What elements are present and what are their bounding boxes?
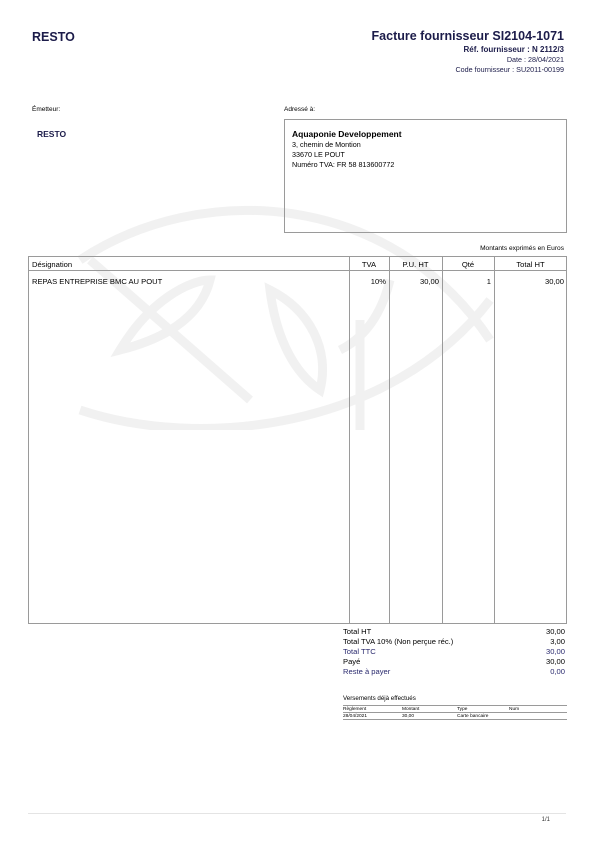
total-ttc-row: Total TTC 30,00 — [343, 647, 565, 657]
sender-label: Émetteur: — [32, 106, 60, 113]
supplier-reference: Réf. fournisseur : N 2112/3 — [372, 44, 564, 55]
line-quantity: 1 — [442, 277, 494, 286]
payments-col-amount: Montant — [402, 706, 457, 713]
total-value: 0,00 — [550, 667, 565, 677]
payments-col-type: Type — [457, 706, 509, 713]
paid-row: Payé 30,00 — [343, 657, 565, 667]
total-label: Total TVA 10% (Non perçue réc.) — [343, 637, 453, 647]
total-tva-row: Total TVA 10% (Non perçue réc.) 3,00 — [343, 637, 565, 647]
column-header-tva: TVA — [349, 260, 389, 269]
total-label: Reste à payer — [343, 667, 390, 677]
company-name: RESTO — [32, 30, 75, 44]
payment-row: 28/04/2021 30,00 Carte bancaire — [343, 713, 567, 720]
line-tva: 10% — [349, 277, 389, 286]
column-divider — [442, 257, 443, 623]
totals-block: Total HT 30,00 Total TVA 10% (Non perçue… — [343, 627, 565, 677]
total-value: 30,00 — [546, 657, 565, 667]
total-value: 30,00 — [546, 647, 565, 657]
payments-header-row: Règlement Montant Type Num — [343, 706, 567, 713]
page-number: 1/1 — [542, 817, 550, 823]
total-label: Payé — [343, 657, 360, 667]
recipient-address-box: Aquaponie Developpement 3, chemin de Mon… — [284, 119, 567, 233]
footer-divider — [28, 813, 566, 814]
payments-section: Versements déjà effectués Règlement Mont… — [343, 695, 567, 720]
payments-col-num: Num — [509, 706, 567, 713]
total-label: Total TTC — [343, 647, 376, 657]
document-header: Facture fournisseur SI2104-1071 Réf. fou… — [372, 29, 564, 75]
payment-num — [509, 713, 567, 720]
column-divider — [494, 257, 495, 623]
recipient-street: 3, chemin de Montion — [292, 140, 559, 150]
line-total: 30,00 — [494, 277, 567, 286]
column-header-quantity: Qté — [442, 260, 494, 269]
column-header-unit-price: P.U. HT — [389, 260, 442, 269]
column-divider — [389, 257, 390, 623]
payment-type: Carte bancaire — [457, 713, 509, 720]
currency-note: Montants exprimés en Euros — [480, 245, 564, 252]
total-value: 30,00 — [546, 627, 565, 637]
total-value: 3,00 — [550, 637, 565, 647]
column-header-designation: Désignation — [32, 260, 72, 269]
payment-date: 28/04/2021 — [343, 713, 402, 720]
total-ht-row: Total HT 30,00 — [343, 627, 565, 637]
payment-amount: 30,00 — [402, 713, 457, 720]
column-header-total: Total HT — [494, 260, 567, 269]
supplier-code: Code fournisseur : SU2011-00199 — [372, 65, 564, 75]
column-divider — [349, 257, 350, 623]
recipient-label: Adressé à: — [284, 106, 315, 113]
remaining-row: Reste à payer 0,00 — [343, 667, 565, 677]
recipient-name: Aquaponie Developpement — [292, 129, 559, 140]
line-designation: REPAS ENTREPRISE BMC AU POUT — [32, 277, 162, 286]
line-unit-price: 30,00 — [389, 277, 442, 286]
header-divider — [29, 270, 566, 271]
invoice-date: Date : 28/04/2021 — [372, 55, 564, 65]
total-label: Total HT — [343, 627, 371, 637]
invoice-title: Facture fournisseur SI2104-1071 — [372, 29, 564, 44]
payments-table: Règlement Montant Type Num 28/04/2021 30… — [343, 705, 567, 720]
recipient-city: 33670 LE POUT — [292, 150, 559, 160]
invoice-lines-table: Désignation TVA P.U. HT Qté Total HT REP… — [28, 256, 567, 624]
sender-name: RESTO — [37, 129, 66, 139]
payments-title: Versements déjà effectués — [343, 695, 567, 702]
payments-col-settlement: Règlement — [343, 706, 402, 713]
recipient-vat-number: Numéro TVA: FR 58 813600772 — [292, 160, 559, 170]
